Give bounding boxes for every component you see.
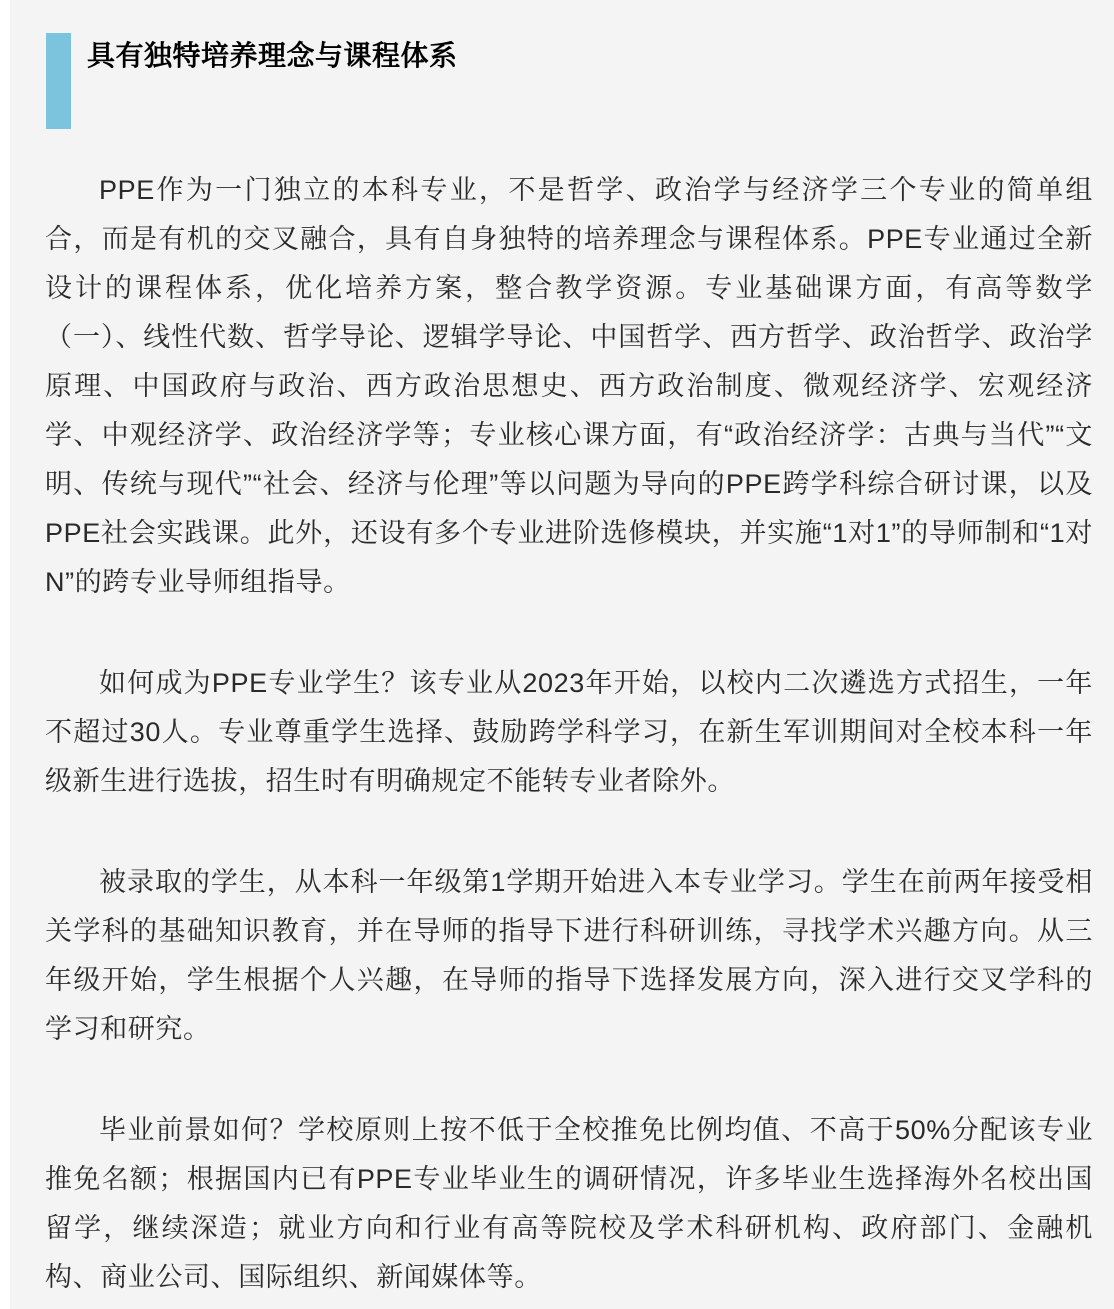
heading-accent-bar [46, 33, 71, 129]
article-paragraph-2: 如何成为PPE专业学生？该专业从2023年开始，以校内二次遴选方式招生，一年不超… [45, 659, 1093, 806]
page-background: 具有独特培养理念与课程体系 PPE作为一门独立的本科专业，不是哲学、政治学与经济… [10, 0, 1114, 1309]
article-paragraph-4: 毕业前景如何？学校原则上按不低于全校推免比例均值、不高于50%分配该专业推免名额… [45, 1106, 1093, 1302]
article-body: PPE作为一门独立的本科专业，不是哲学、政治学与经济学三个专业的简单组合，而是有… [45, 166, 1093, 1302]
section-title: 具有独特培养理念与课程体系 [87, 33, 458, 74]
article-paragraph-3: 被录取的学生，从本科一年级第1学期开始进入本专业学习。学生在前两年接受相关学科的… [45, 858, 1093, 1054]
section-heading: 具有独特培养理念与课程体系 [46, 33, 1114, 129]
article-paragraph-1: PPE作为一门独立的本科专业，不是哲学、政治学与经济学三个专业的简单组合，而是有… [45, 166, 1093, 607]
